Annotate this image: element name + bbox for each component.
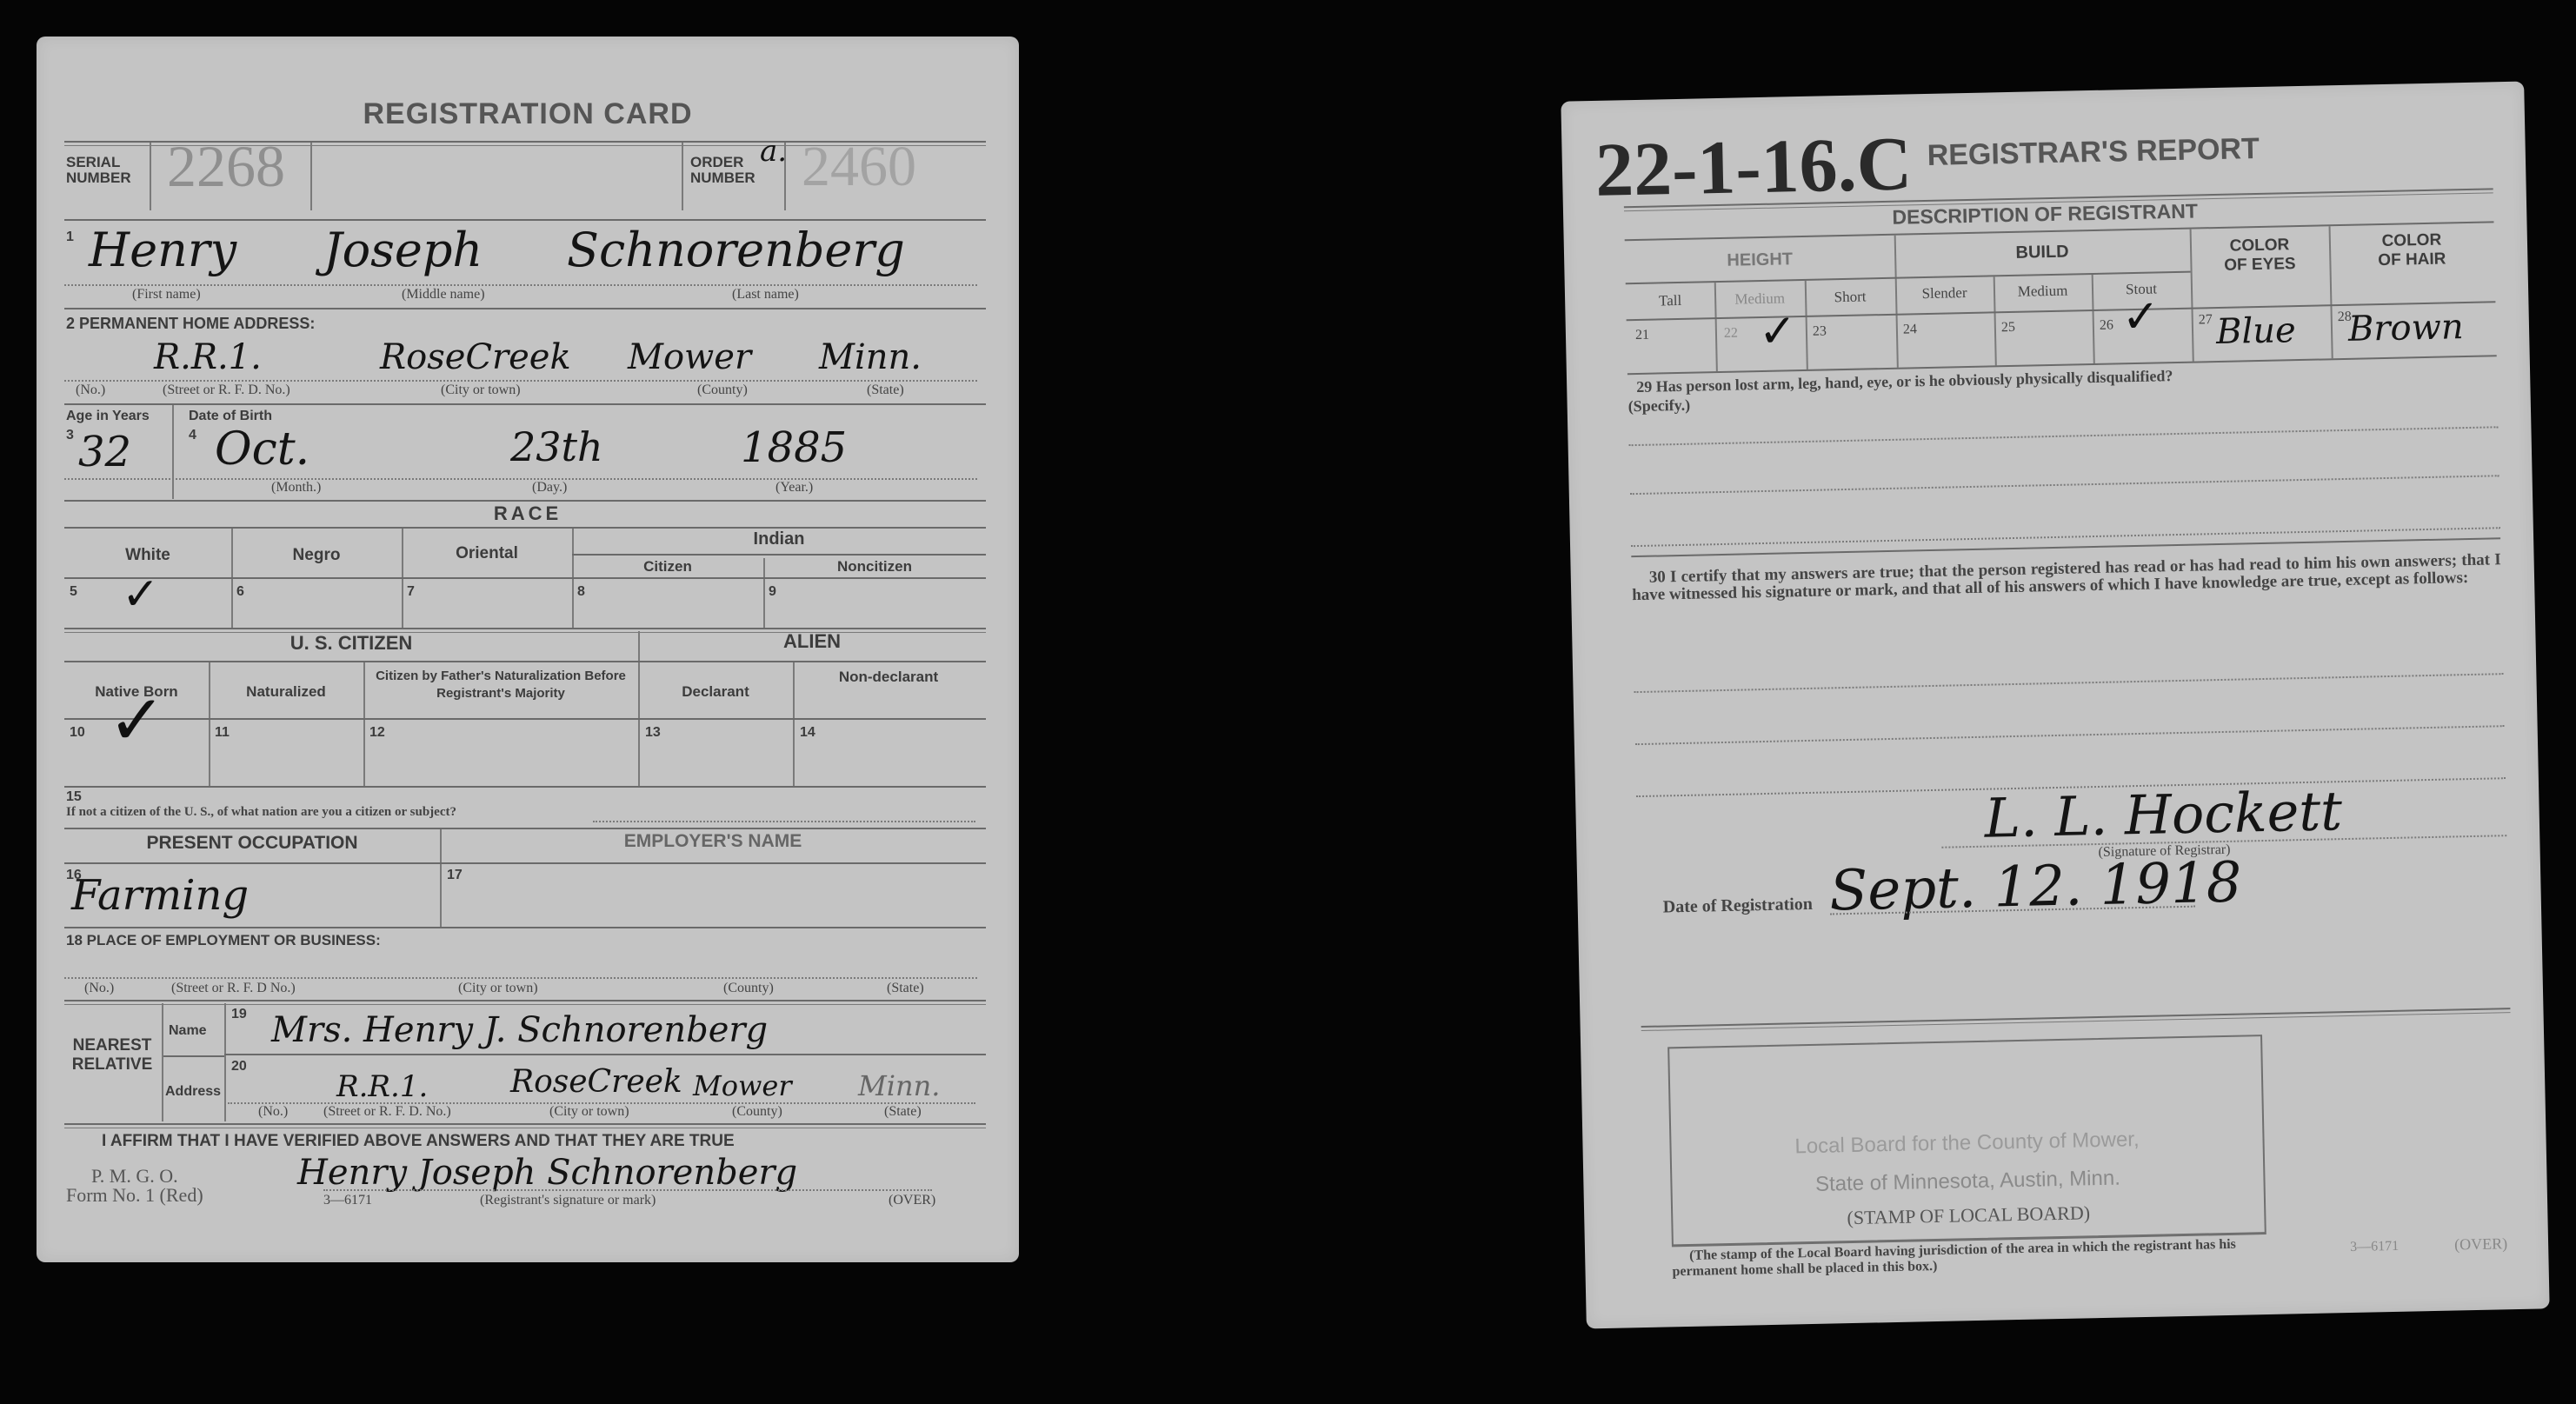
q15-num: 15 <box>66 789 82 805</box>
alien-header: ALIEN <box>638 630 986 653</box>
race-negro: Negro <box>231 546 402 565</box>
divider <box>572 554 986 556</box>
field-number: 7 <box>407 584 415 600</box>
serial-label-line2: NUMBER <box>66 170 131 186</box>
q30-line <box>1634 673 2504 693</box>
q29-line <box>1630 475 2499 495</box>
birth-year: 1885 <box>741 423 847 472</box>
field-number: 21 <box>1635 328 1649 343</box>
hair-header-line2: OF HAIR <box>2329 249 2494 271</box>
print-code: 3—6171 <box>323 1193 372 1208</box>
divider <box>682 143 683 210</box>
divider <box>64 308 986 309</box>
divider <box>209 662 210 786</box>
eyes-header-line2: OF EYES <box>2190 254 2329 276</box>
q29-line <box>1629 426 2499 446</box>
divider <box>64 527 986 529</box>
employer-header: EMPLOYER'S NAME <box>440 831 986 852</box>
birth-month: Oct. <box>215 423 310 476</box>
field-number: 10 <box>70 725 85 741</box>
caption: (No.) <box>84 981 114 996</box>
build-header: BUILD <box>1894 240 2190 266</box>
field-number: 20 <box>231 1059 247 1075</box>
divider <box>638 631 640 786</box>
caption: (Street or R. F. D No.) <box>171 981 296 996</box>
age-num: 3 <box>66 428 74 443</box>
field-number: 19 <box>231 1007 247 1022</box>
height-tall: Tall <box>1626 291 1714 310</box>
field-number: 9 <box>769 584 776 600</box>
last-name-caption: (Last name) <box>732 287 799 303</box>
stamp-box: Local Board for the County of Mower, Sta… <box>1667 1035 2266 1247</box>
q15-text: If not a citizen of the U. S., of what n… <box>66 805 456 820</box>
stamp-caption: (STAMP OF LOCAL BOARD) <box>1673 1198 2264 1233</box>
race-indian-noncitizen: Noncitizen <box>763 558 986 576</box>
hair-color-value: Brown <box>2348 307 2465 349</box>
relative-name-label: Name <box>169 1023 207 1039</box>
address-label: 2 PERMANENT HOME ADDRESS: <box>66 315 315 333</box>
caption: (State) <box>887 981 924 996</box>
alien-declarant: Declarant <box>638 683 793 701</box>
name-line <box>64 284 977 286</box>
divider <box>224 1003 226 1121</box>
first-name-caption: (First name) <box>132 287 201 303</box>
address-county: Mower <box>628 337 751 377</box>
field-number: 5 <box>70 584 77 600</box>
q15-line <box>593 821 975 822</box>
order-number: 2460 <box>802 134 916 200</box>
divider <box>64 718 986 720</box>
caption: (County) <box>732 1104 782 1120</box>
address-state: Minn. <box>819 337 922 377</box>
divider <box>162 1003 163 1121</box>
caption: (Street or R. F. D. No.) <box>163 383 290 398</box>
citizen-by-father: Citizen by Father's Naturalization Befor… <box>372 668 629 702</box>
caption: (Day.) <box>532 480 567 496</box>
q30-line <box>1635 725 2505 745</box>
registrant-signature: Henry Joseph Schnorenberg <box>297 1153 797 1193</box>
nearest-relative-label: NEAREST RELATIVE <box>64 1036 160 1075</box>
employment-line <box>64 977 977 979</box>
serial-number: 2268 <box>167 132 285 201</box>
q29-line <box>1631 527 2500 547</box>
nearest-relative-line1: NEAREST <box>64 1036 160 1055</box>
signature-line <box>323 1189 932 1191</box>
order-label-line2: NUMBER <box>690 170 755 186</box>
field-number: 24 <box>1903 322 1917 337</box>
registration-card-front: REGISTRATION CARD SERIAL NUMBER 2268 ORD… <box>37 37 1019 1262</box>
caption: (No.) <box>258 1104 288 1120</box>
caption: (County) <box>723 981 774 996</box>
nearest-relative-line2: RELATIVE <box>64 1055 160 1075</box>
age-line <box>64 478 977 480</box>
field-number: 1 <box>66 230 74 245</box>
caption: (No.) <box>76 383 105 398</box>
serial-label-line1: SERIAL <box>66 155 131 170</box>
over-label: (OVER) <box>2454 1234 2507 1254</box>
field-number: 26 <box>2100 318 2113 334</box>
place-of-employment-label: 18 PLACE OF EMPLOYMENT OR BUSINESS: <box>66 932 381 949</box>
field-number: 23 <box>1813 323 1827 339</box>
report-title: REGISTRAR'S REPORT <box>1927 132 2260 173</box>
over-label: (OVER) <box>889 1193 935 1208</box>
print-code: 3—6171 <box>2350 1239 2399 1255</box>
field-number: 13 <box>645 725 661 741</box>
caption: (Year.) <box>775 480 813 496</box>
relative-street: R.R.1. <box>336 1069 428 1104</box>
eyes-header: COLOR OF EYES <box>2190 235 2330 276</box>
signature-caption: (Registrant's signature or mark) <box>480 1193 656 1208</box>
build-slender: Slender <box>1895 283 1994 303</box>
relative-name: Mrs. Henry J. Schnorenberg <box>271 1010 768 1050</box>
race-indian-citizen: Citizen <box>572 558 763 576</box>
field-number: 14 <box>800 725 815 741</box>
divider <box>64 862 986 864</box>
stamp-line1: Local Board for the County of Mower, <box>1671 1125 2262 1161</box>
age-value: 32 <box>78 428 131 476</box>
affirm-text: I AFFIRM THAT I HAVE VERIFIED ABOVE ANSW… <box>102 1132 735 1151</box>
height-short: Short <box>1805 288 1895 307</box>
relative-city: RoseCreek <box>510 1064 682 1100</box>
divider <box>784 143 786 210</box>
birth-num: 4 <box>189 428 196 443</box>
divider <box>64 927 986 928</box>
divider <box>64 1123 986 1128</box>
height-header: HEIGHT <box>1625 248 1894 273</box>
divider <box>64 786 986 788</box>
race-oriental: Oriental <box>402 544 572 563</box>
order-label-line1: ORDER <box>690 155 755 170</box>
relative-county: Mower <box>693 1069 792 1102</box>
caption: (City or town) <box>549 1104 629 1120</box>
form-info-line1: P. M. G. O. <box>66 1167 203 1186</box>
last-name: Schnorenberg <box>567 223 905 277</box>
eye-color-value: Blue <box>2216 310 2297 352</box>
stamp-line2: State of Minnesota, Austin, Minn. <box>1672 1163 2263 1200</box>
birth-day: 23th <box>510 423 603 470</box>
age-label: Age in Years <box>66 409 150 424</box>
checkmark-build-stout: ✓ <box>2121 290 2160 343</box>
divider <box>793 662 795 786</box>
order-prefix: a. <box>760 134 787 169</box>
checkmark-white: ✓ <box>122 569 160 621</box>
divider <box>64 1000 986 1005</box>
race-indian: Indian <box>572 529 986 549</box>
hair-header: COLOR OF HAIR <box>2329 230 2495 271</box>
serial-label: SERIAL NUMBER <box>66 155 131 186</box>
caption: (Month.) <box>271 480 321 496</box>
relative-state: Minn. <box>858 1069 940 1102</box>
caption: (County) <box>697 383 748 398</box>
birth-label: Date of Birth <box>189 409 272 424</box>
field-number: 6 <box>236 584 244 600</box>
address-city: RoseCreek <box>380 337 571 377</box>
caption: (State) <box>867 383 904 398</box>
order-label: ORDER NUMBER <box>690 155 755 186</box>
divider <box>163 1055 224 1057</box>
citizen-naturalized: Naturalized <box>209 683 363 701</box>
form-info-line2: Form No. 1 (Red) <box>66 1186 203 1205</box>
occupation-header: PRESENT OCCUPATION <box>64 833 440 854</box>
divider <box>224 1054 986 1055</box>
divider <box>64 661 986 662</box>
divider <box>64 577 986 579</box>
divider <box>64 403 986 405</box>
divider <box>363 662 365 786</box>
registrars-report-back: 22-1-16.C REGISTRAR'S REPORT DESCRIPTION… <box>1561 82 2549 1329</box>
divider <box>310 143 312 210</box>
divider <box>1641 1008 2511 1031</box>
checkmark-height-medium: ✓ <box>1758 305 1797 358</box>
address-street: R.R.1. <box>154 337 262 377</box>
middle-name-caption: (Middle name) <box>402 287 485 303</box>
field-number: 17 <box>447 868 463 883</box>
checkmark-native-born: ✓ <box>108 680 166 761</box>
field-number: 12 <box>369 725 385 741</box>
build-medium: Medium <box>1994 282 2092 301</box>
address-line <box>64 380 977 382</box>
middle-name: Joseph <box>323 223 483 277</box>
q29-specify: (Specify.) <box>1627 396 1690 416</box>
caption: (City or town) <box>458 981 538 996</box>
caption: (State) <box>884 1104 922 1120</box>
divider <box>64 828 986 829</box>
relative-address-label: Address <box>165 1084 221 1100</box>
race-white: White <box>64 546 231 565</box>
field-number: 27 <box>2199 312 2213 328</box>
form-info: P. M. G. O. Form No. 1 (Red) <box>66 1167 203 1205</box>
first-name: Henry <box>89 223 236 277</box>
field-number: 22 <box>1724 326 1738 342</box>
divider <box>150 143 151 210</box>
us-citizen-header: U. S. CITIZEN <box>64 632 638 655</box>
field-number: 11 <box>215 725 230 741</box>
divider <box>172 405 174 499</box>
card-title: REGISTRATION CARD <box>37 97 1019 131</box>
q30-text: 30 I certify that my answers are true; t… <box>1632 551 2502 604</box>
caption: (Street or R. F. D. No.) <box>323 1104 451 1120</box>
divider <box>64 219 986 221</box>
occupation-value: Farming <box>71 871 249 920</box>
field-number: 25 <box>2001 320 2015 336</box>
race-header: RACE <box>37 502 1019 525</box>
field-number: 8 <box>577 584 585 600</box>
caption: (City or town) <box>441 383 521 398</box>
alien-nondeclarant: Non-declarant <box>802 668 975 687</box>
divider <box>64 500 986 502</box>
date-label: Date of Registration <box>1663 895 1814 918</box>
